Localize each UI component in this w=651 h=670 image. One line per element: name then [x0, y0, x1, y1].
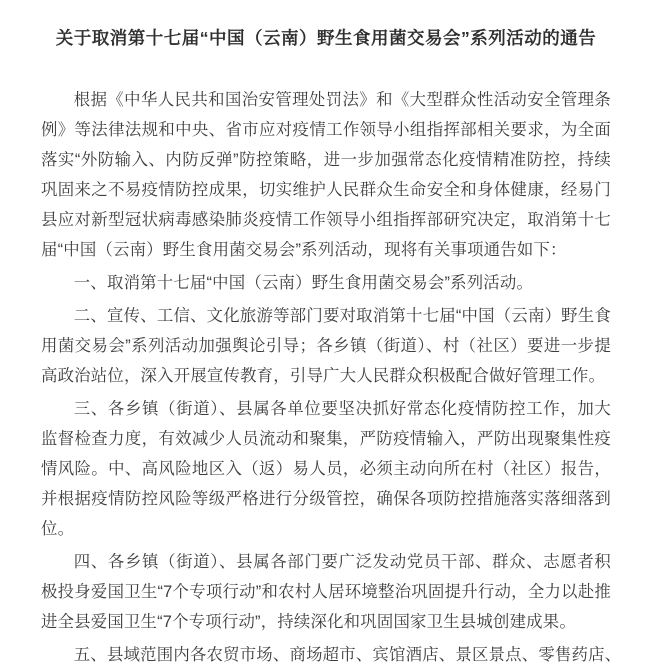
paragraph-preamble: 根据《中华人民共和国治安管理处罚法》和《大型群众性活动安全管理条例》等法律法规和… [41, 85, 611, 265]
paragraph-item-2: 二、宣传、工信、文化旅游等部门要对取消第十七届“中国（云南）野生食用菌交易会”系… [41, 301, 611, 391]
paragraph-item-4: 四、各乡镇（街道）、县属各部门要广泛发动党员干部、群众、志愿者积极投身爱国卫生“… [41, 547, 611, 637]
paragraph-item-3: 三、各乡镇（街道）、县属各单位要坚决抓好常态化疫情防控工作，加大监督检查力度，有… [41, 394, 611, 544]
document-title: 关于取消第十七届“中国（云南）野生食用菌交易会”系列活动的通告 [41, 23, 611, 53]
paragraph-item-1: 一、取消第十七届“中国（云南）野生食用菌交易会”系列活动。 [41, 268, 611, 298]
notice-document-page: 关于取消第十七届“中国（云南）野生食用菌交易会”系列活动的通告 根据《中华人民共… [0, 0, 651, 670]
paragraph-item-5-truncated: 五、县域范围内各农贸市场、商场超市、宾馆酒店、景区景点、零售药店、 [41, 640, 611, 670]
